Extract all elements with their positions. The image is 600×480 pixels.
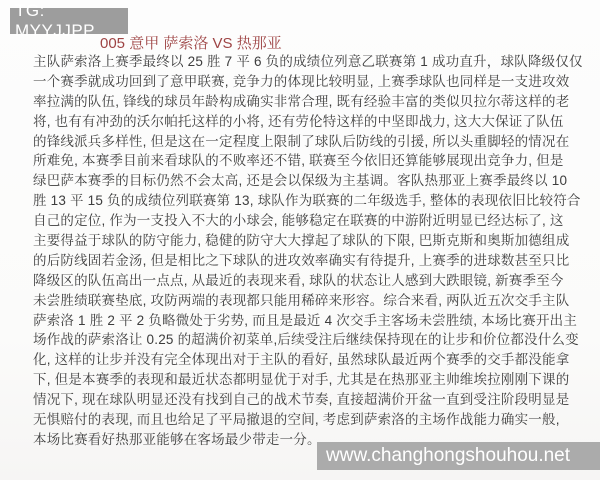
article-line: 主要得益于球队的防守能力, 稳健的防守大大撑起了球队的下限, 巴斯克斯和奥斯加德… <box>33 231 573 251</box>
article-line: 化, 这样的让步并没有完全体现出对于主队的看好, 虽然球队最近两个赛季的交手都没… <box>33 350 573 370</box>
website-watermark-badge: www.changhongshouhou.net <box>317 442 600 470</box>
website-watermark-text: www.changhongshouhou.net <box>326 445 570 467</box>
article-line: 情况下, 现在球队明显还没有找到自己的战术节奏, 直接超满价开盆一直到受注阶段明… <box>33 390 573 410</box>
article-line: 未尝胜绩联赛垫底, 攻防两端的表现都只能用稀碎来形容。综合来看, 两队近五次交手… <box>33 291 573 311</box>
article-line: 无惧赔付的表现, 而且也给足了平局撤退的空间, 考虑到萨索洛的主场作战能力确实一… <box>33 410 573 430</box>
article-line: 主队萨索洛上赛季最终以 25 胜 7 平 6 负的成绩位列意乙联赛第 1 成功直… <box>33 52 573 72</box>
article-line: 降级区的队伍高出一点点, 从最近的表现来看, 球队的状态让人感到大跌眼镜, 新赛… <box>33 271 573 291</box>
article-line: 场作战的萨索洛让 0.25 的超满价初菜单,后续受注后继续保持现在的让步和价位都… <box>33 330 573 350</box>
article-photo-page: TG: MYYJJPP 005 意甲 萨索洛 VS 热那亚 主队萨索洛上赛季最终… <box>0 0 600 480</box>
article-line: 胜 13 平 15 负的成绩位列联赛第 13, 球队作为联赛的二年级选手, 整体… <box>33 191 573 211</box>
article-line: 的锋线派兵多样性, 但是这在一定程度上限制了球队后防线的引援, 所以头重脚轻的情… <box>33 132 573 152</box>
article-line: 自己的定位, 作为一支投入不大的小球会, 能够稳定在联赛的中游附近明显已经达标了… <box>33 211 573 231</box>
article-line: 所难免, 本赛季目前来看球队的不败率还不错, 联赛至今依旧还算能够展现出竞争力,… <box>33 151 573 171</box>
article-line: 下, 但是本赛季的表现和最近状态都明显优于对手, 尤其是在热那亚主帅维埃拉刚刚下… <box>33 370 573 390</box>
article-line: 率拉满的队伍, 锋线的球员年龄构成确实非常合理, 既有经验丰富的类似贝拉尔蒂这样… <box>33 92 573 112</box>
telegram-watermark-badge: TG: MYYJJPP <box>10 8 128 34</box>
article-line: 绿巴萨本赛季的目标仍然不会太高, 还是会以保级为主基调。客队热那亚上赛季最终以 … <box>33 171 573 191</box>
article-line: 一个赛季就成功回到了意甲联赛, 竞争力的体现比较明显, 上赛季球队也同样是一支进… <box>33 72 573 92</box>
match-title: 005 意甲 萨索洛 VS 热那亚 <box>100 32 282 53</box>
article-line: 将, 也有有冲劲的沃尔帕托这样的小将, 还有劳伦特这样的中坚即战力, 这大大保证… <box>33 112 573 132</box>
article-text: 主队萨索洛上赛季最终以 25 胜 7 平 6 负的成绩位列意乙联赛第 1 成功直… <box>33 52 573 450</box>
article-line: 的后防线固若金汤, 但是相比之下球队的进攻效率确实有待提升, 上赛季的进球数甚至… <box>33 251 573 271</box>
article-line: 萨索洛 1 胜 2 平 2 负略微处于劣势, 而且是最近 4 次交手主客场未尝胜… <box>33 311 573 331</box>
